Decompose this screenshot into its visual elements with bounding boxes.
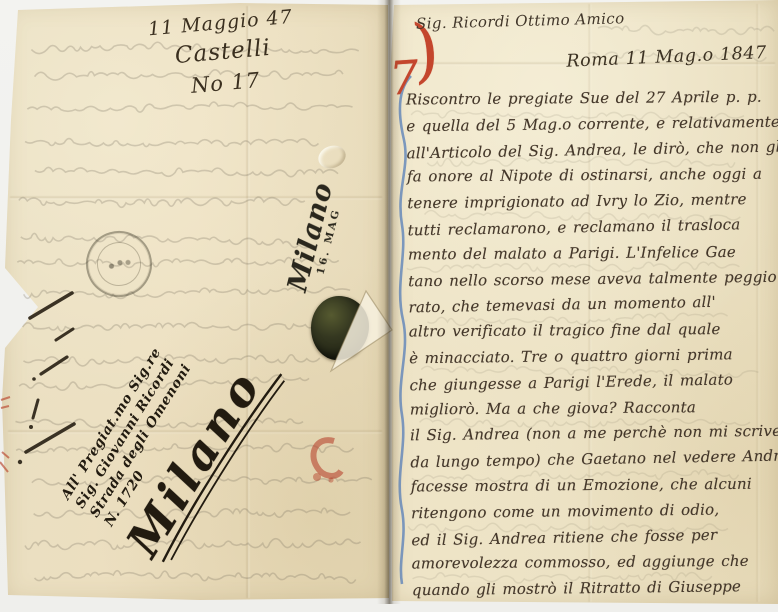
bleedthrough-squiggle [27,102,352,112]
letter-line: mento del malato a Parigi. L'Infelice Ga… [408,239,778,268]
bleedthrough-squiggle [19,197,305,207]
bleedthrough-squiggle [25,139,318,147]
letter-scan: 11 Maggio 47 Castelli No 17 Milano 16. M… [0,0,778,612]
letter-line: fa onore al Nipote di ostinarsi, anche o… [407,162,778,191]
letter-line: migliorò. Ma a che giova? Racconta [410,394,778,423]
letter-line: facesse mostra di un Emozione, che alcun… [411,471,778,500]
page-gap-shadow [377,0,401,604]
letter-body: Riscontro le pregiate Sue del 27 Aprile … [406,84,778,604]
letter-line: Riscontro le pregiate Sue del 27 Aprile … [406,85,778,114]
letter-line: quando gli mostrò il Ritratto di Giusepp… [412,574,778,604]
bleedthrough-squiggle [25,539,361,550]
bleedthrough-squiggle [35,167,338,176]
letter-line: amorevolezza commosso, ed aggiunge che [412,549,778,578]
bleedthrough-squiggle [35,571,356,583]
letter-line: altro verificato il tragico fine dal qua… [409,317,778,346]
